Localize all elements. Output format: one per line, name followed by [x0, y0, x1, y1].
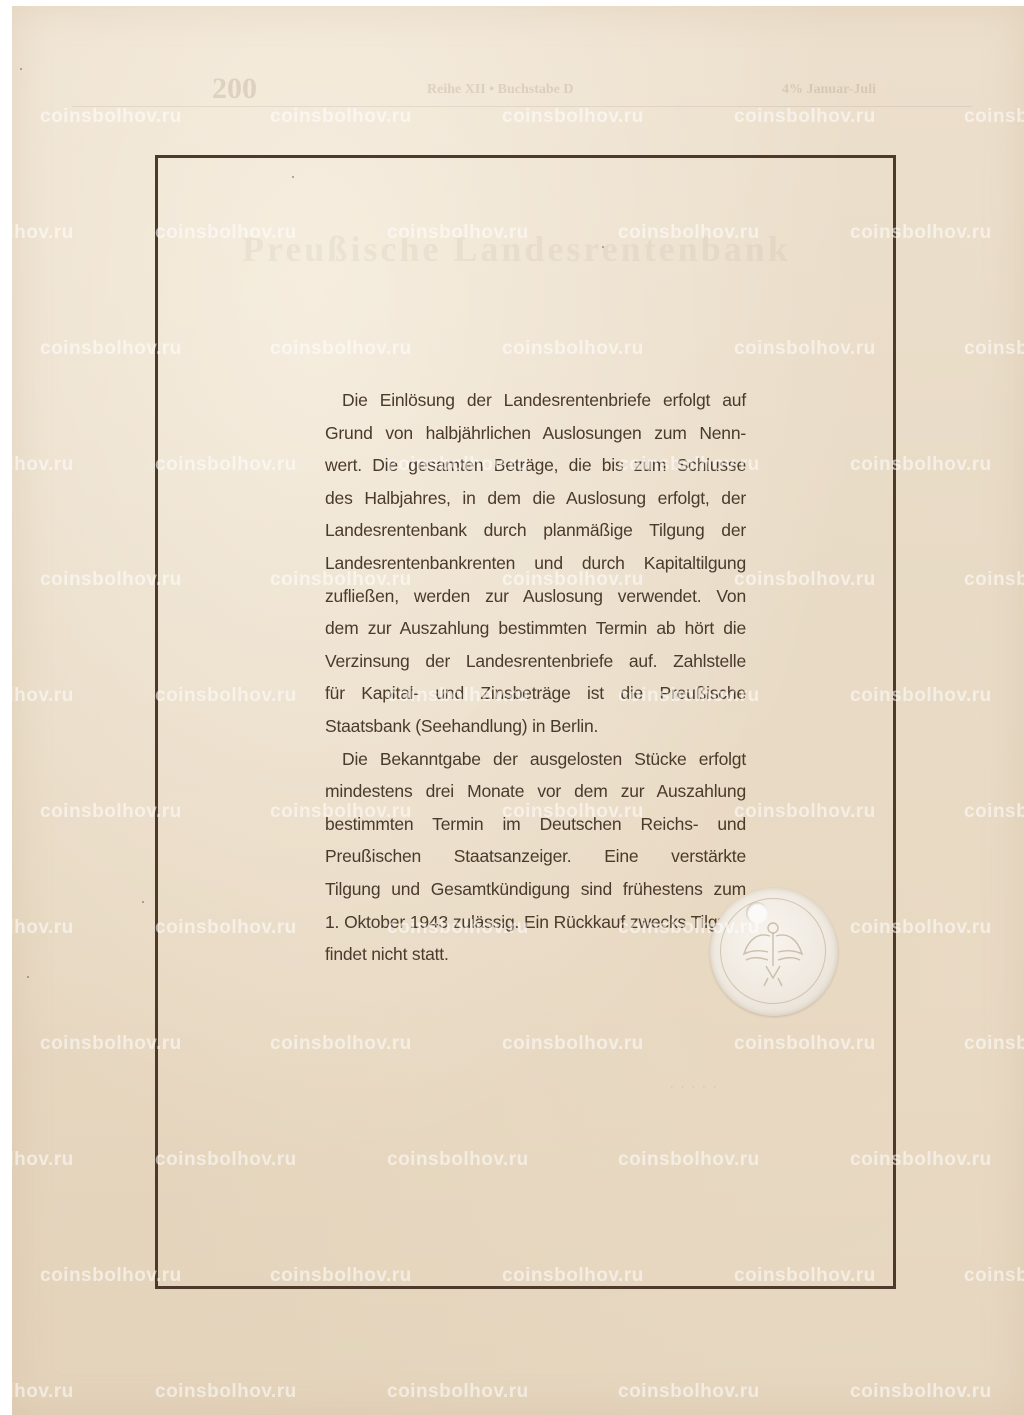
- text-line: 1. Oktober 1943 zulässig. Ein Rückkauf z…: [308, 906, 746, 939]
- watermark: coinsbolhov.ru: [618, 1381, 760, 1403]
- watermark: coinsbolhov.ru: [0, 454, 74, 476]
- speck: [292, 176, 294, 178]
- text-line: zufließen, werden zur Auslosung verwende…: [308, 580, 746, 613]
- watermark: coinsbolhov.ru: [964, 338, 1024, 360]
- watermark: coinsbolhov.ru: [40, 106, 182, 128]
- eagle-icon: [740, 914, 806, 988]
- eagle-seal-icon: [710, 888, 838, 1016]
- text-line: Die Bekanntgabe der ausgelosten Stücke e…: [308, 743, 746, 776]
- text-line: mindestens drei Monate vor dem zur Ausza…: [308, 775, 746, 808]
- speck: [20, 68, 22, 70]
- watermark: coinsbolhov.ru: [0, 685, 74, 707]
- text-line: Preußischen Staatsanzeiger. Eine verstär…: [308, 840, 746, 873]
- speck: [27, 976, 29, 978]
- text-line: wert. Die gesamten Beträge, die bis zum …: [308, 449, 746, 482]
- text-line: des Halbjahres, in dem die Auslosung erf…: [308, 482, 746, 515]
- bleed-through-header: 200 Reihe XII • Buchstabe D 4% Januar-Ju…: [12, 78, 1024, 102]
- watermark: coinsbolhov.ru: [964, 1033, 1024, 1055]
- ghost-series: Reihe XII • Buchstabe D: [427, 82, 573, 98]
- speck: [602, 246, 604, 248]
- text-line: Verzinsung der Landesrentenbriefe auf. Z…: [308, 645, 746, 678]
- text-line: Grund von halbjährlichen Auslosungen zum…: [308, 417, 746, 450]
- text-line: Tilgung und Gesamtkündigung sind frühest…: [308, 873, 746, 906]
- ghost-amount: 200: [212, 72, 257, 106]
- text-line: Die Einlösung der Landesrentenbriefe erf…: [308, 384, 746, 417]
- watermark: coinsbolhov.ru: [734, 106, 876, 128]
- document-body: Die Einlösung der Landesrentenbriefe erf…: [308, 384, 746, 971]
- paragraph-announcement: Die Bekanntgabe der ausgelosten Stücke e…: [308, 743, 746, 971]
- document-paper: 200 Reihe XII • Buchstabe D 4% Januar-Ju…: [12, 6, 1024, 1415]
- watermark: coinsbolhov.ru: [0, 222, 74, 244]
- text-line: dem zur Auszahlung bestimmten Termin ab …: [308, 612, 746, 645]
- ghost-rule: [72, 106, 972, 107]
- speck: [142, 901, 144, 903]
- watermark: coinsbolhov.ru: [964, 106, 1024, 128]
- watermark: coinsbolhov.ru: [964, 569, 1024, 591]
- pencil-mark: · · · · ·: [670, 1081, 719, 1093]
- watermark: coinsbolhov.ru: [850, 1381, 992, 1403]
- watermark: coinsbolhov.ru: [964, 1265, 1024, 1287]
- watermark: coinsbolhov.ru: [0, 1381, 74, 1403]
- text-line: Landesrentenbankrenten und durch Kapital…: [308, 547, 746, 580]
- watermark: coinsbolhov.ru: [502, 106, 644, 128]
- watermark: coinsbolhov.ru: [387, 1381, 529, 1403]
- watermark: coinsbolhov.ru: [964, 801, 1024, 823]
- watermark: coinsbolhov.ru: [270, 106, 412, 128]
- text-line: findet nicht statt.: [308, 938, 746, 971]
- text-line: für Kapital- und Zinsbeträge ist die Pre…: [308, 677, 746, 710]
- punch-hole: [746, 902, 768, 924]
- watermark: coinsbolhov.ru: [0, 1149, 74, 1171]
- text-line: bestimmten Termin im Deutschen Reichs- u…: [308, 808, 746, 841]
- watermark: coinsbolhov.ru: [0, 917, 74, 939]
- watermark: coinsbolhov.ru: [155, 1381, 297, 1403]
- text-line: Landesrentenbank durch planmäßige Tilgun…: [308, 514, 746, 547]
- ghost-period: 4% Januar-Juli: [782, 82, 876, 98]
- paragraph-redemption: Die Einlösung der Landesrentenbriefe erf…: [308, 384, 746, 743]
- text-line: Staatsbank (Seehandlung) in Berlin.: [308, 710, 746, 743]
